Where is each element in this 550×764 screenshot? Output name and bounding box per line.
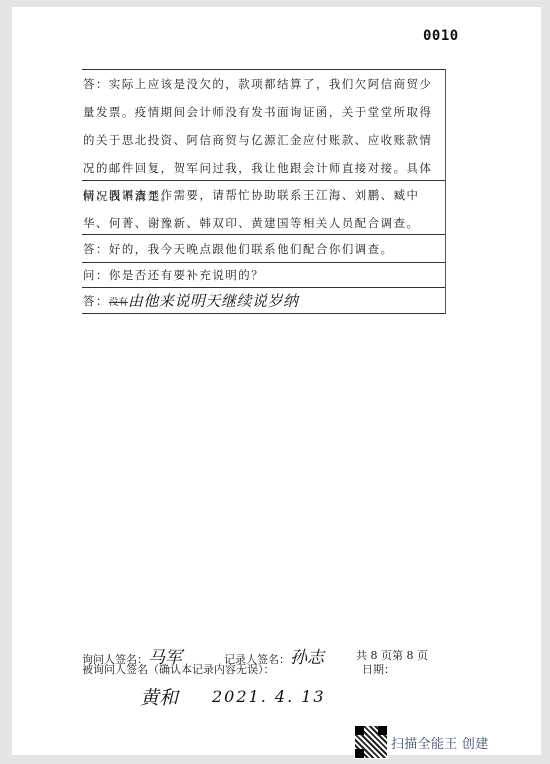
record-row-answer-3: 答：没有由他来说明天继续说岁纳 bbox=[82, 288, 445, 314]
document-page: 0010 答：实际上应该是没欠的，款项都结算了，我们欠阿信商贸少量发票。疫情期间… bbox=[12, 7, 541, 755]
row-prefix: 答： bbox=[83, 77, 109, 91]
row-text: 因调查工作需要，请帮忙协助联系王江海、刘鹏、臧中华、何菁、谢豫新、韩双印、黄建国… bbox=[83, 188, 419, 230]
page-number: 0010 bbox=[423, 28, 459, 44]
row-prefix: 问： bbox=[83, 268, 109, 282]
row-prefix: 答： bbox=[83, 294, 109, 308]
watermark-text: 扫描全能王 创建 bbox=[391, 733, 489, 752]
interview-record-table: 答：实际上应该是没欠的，款项都结算了，我们欠阿信商贸少量发票。疫情期间会计师没有… bbox=[82, 69, 446, 314]
handwritten-answer: 由他来说明天继续说岁纳 bbox=[128, 292, 299, 310]
signature-date: 2021. 4. 13 bbox=[212, 687, 326, 706]
recorder-signature: 孙志 bbox=[290, 648, 324, 668]
scanner-watermark: 扫描全能王 创建 bbox=[354, 725, 489, 759]
qr-code-icon bbox=[354, 725, 388, 759]
row-prefix: 问： bbox=[83, 188, 109, 202]
interviewee-signature: 黄和 bbox=[140, 683, 178, 710]
struck-text: 没有 bbox=[109, 297, 128, 308]
row-prefix: 答： bbox=[83, 242, 109, 256]
interviewee-label: 被询问人签名（确认本记录内容无误）： bbox=[82, 661, 275, 677]
row-text: 好的，我今天晚点跟他们联系他们配合你们调查。 bbox=[109, 242, 394, 256]
record-row-answer-1: 答：实际上应该是没欠的，款项都结算了，我们欠阿信商贸少量发票。疫情期间会计师没有… bbox=[82, 70, 445, 181]
record-row-question-2: 问：你是否还有要补充说明的？ bbox=[82, 263, 445, 288]
date-label: 日期： bbox=[362, 661, 395, 677]
record-row-answer-2: 答：好的，我今天晚点跟他们联系他们配合你们调查。 bbox=[82, 235, 445, 263]
row-text: 你是否还有要补充说明的？ bbox=[109, 268, 264, 282]
record-row-question-1: 问：因调查工作需要，请帮忙协助联系王江海、刘鹏、臧中华、何菁、谢豫新、韩双印、黄… bbox=[82, 181, 445, 235]
